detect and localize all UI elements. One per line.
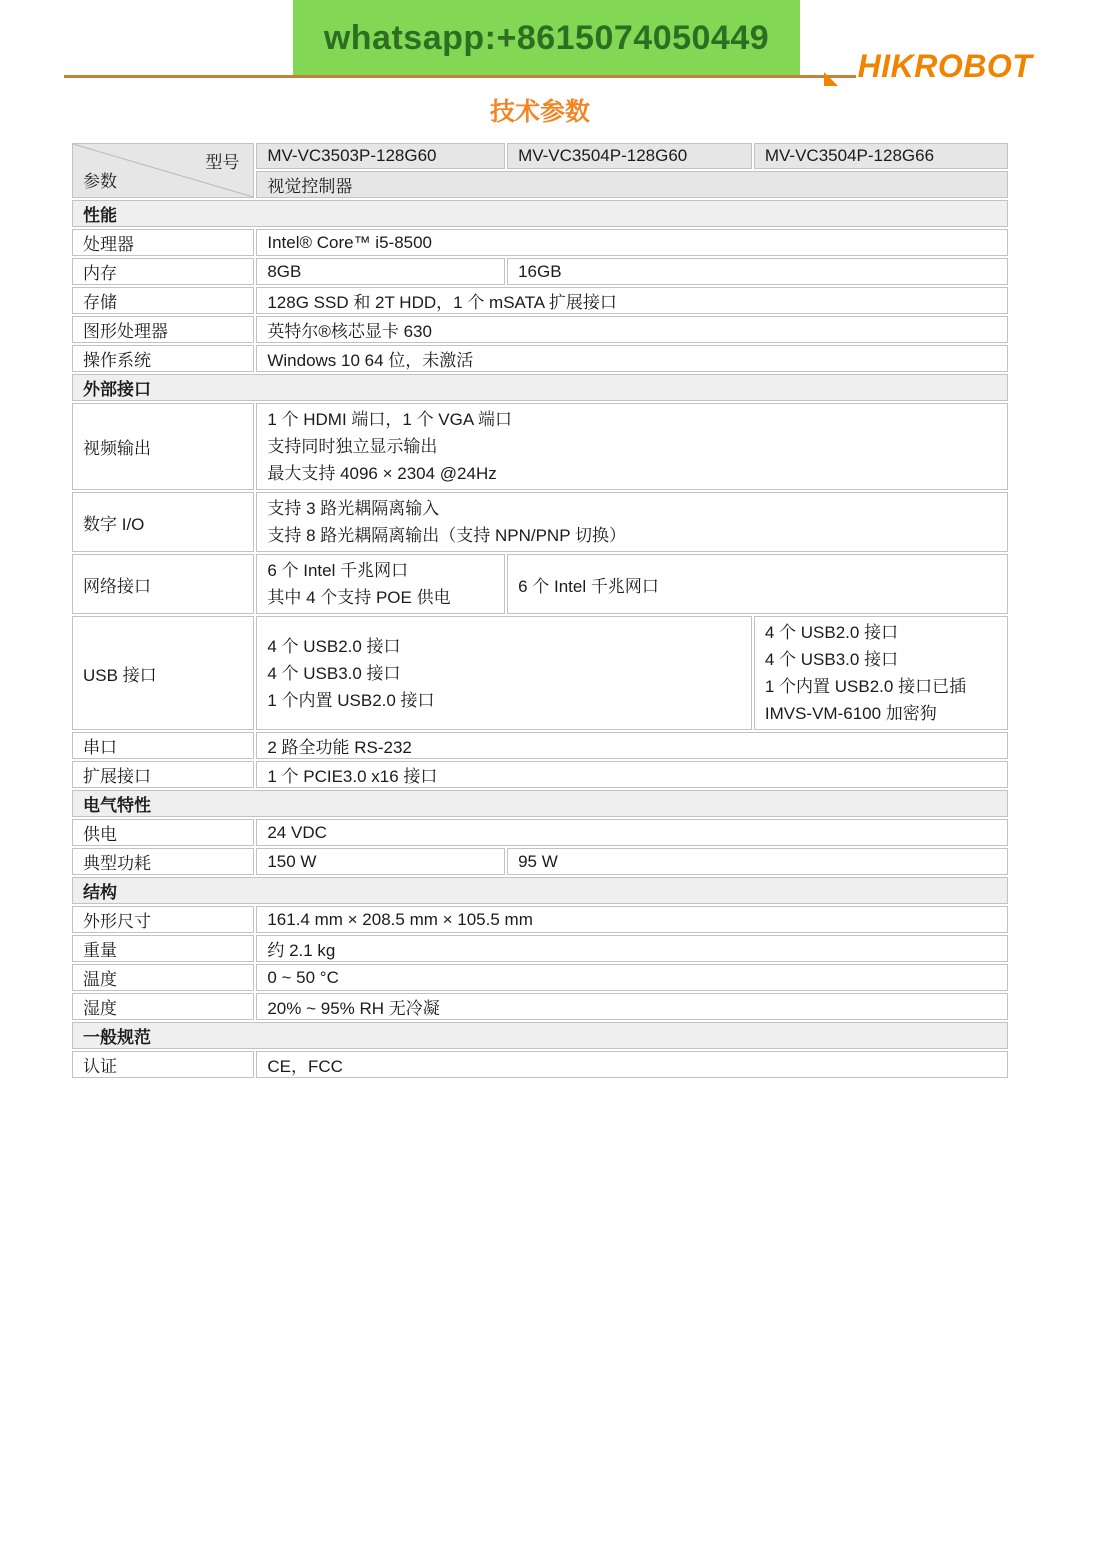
model-cell-1: MV-VC3503P-128G60	[256, 143, 505, 169]
model-header-row: 型号 参数 MV-VC3503P-128G60 MV-VC3504P-128G6…	[72, 143, 1008, 169]
whatsapp-banner: whatsapp:+8615074050449	[293, 0, 800, 77]
row-value: 16GB	[507, 258, 1008, 285]
row-os: 操作系统 Windows 10 64 位，未激活	[72, 345, 1008, 372]
row-value: 4 个 USB2.0 接口 4 个 USB3.0 接口 1 个内置 USB2.0…	[256, 616, 752, 730]
whatsapp-banner-text: whatsapp:+8615074050449	[324, 19, 769, 58]
row-label: 内存	[72, 258, 254, 285]
page-title: 技术参数	[72, 92, 1008, 128]
row-label: USB 接口	[72, 616, 254, 730]
row-expansion: 扩展接口 1 个 PCIE3.0 x16 接口	[72, 761, 1008, 788]
row-value: 161.4 mm × 208.5 mm × 105.5 mm	[256, 906, 1008, 933]
row-label: 湿度	[72, 993, 254, 1020]
section-electrical: 电气特性	[72, 790, 1008, 817]
row-label: 串口	[72, 732, 254, 759]
model-cell-2: MV-VC3504P-128G60	[507, 143, 752, 169]
row-memory: 内存 8GB 16GB	[72, 258, 1008, 285]
corner-model-label: 型号	[205, 148, 239, 173]
row-cpu: 处理器 Intel® Core™ i5-8500	[72, 229, 1008, 256]
row-value: 95 W	[507, 848, 1008, 875]
row-label: 操作系统	[72, 345, 254, 372]
corner-cell: 型号 参数	[72, 143, 254, 198]
row-humidity: 湿度 20% ~ 95% RH 无冷凝	[72, 993, 1008, 1020]
row-value: 英特尔®核芯显卡 630	[256, 316, 1008, 343]
spec-table: 型号 参数 MV-VC3503P-128G60 MV-VC3504P-128G6…	[70, 141, 1010, 1080]
row-label: 认证	[72, 1051, 254, 1078]
row-value: 150 W	[256, 848, 505, 875]
row-value: CE，FCC	[256, 1051, 1008, 1078]
section-performance: 性能	[72, 200, 1008, 227]
row-value: Intel® Core™ i5-8500	[256, 229, 1008, 256]
row-value: 1 个 PCIE3.0 x16 接口	[256, 761, 1008, 788]
row-certification: 认证 CE，FCC	[72, 1051, 1008, 1078]
section-general: 一般规范	[72, 1022, 1008, 1049]
row-video-output: 视频输出 1 个 HDMI 端口，1 个 VGA 端口 支持同时独立显示输出 最…	[72, 403, 1008, 490]
row-value: Windows 10 64 位，未激活	[256, 345, 1008, 372]
row-label: 图形处理器	[72, 316, 254, 343]
row-dimensions: 外形尺寸 161.4 mm × 208.5 mm × 105.5 mm	[72, 906, 1008, 933]
corner-param-label: 参数	[83, 167, 117, 192]
row-usb: USB 接口 4 个 USB2.0 接口 4 个 USB3.0 接口 1 个内置…	[72, 616, 1008, 730]
section-structure: 结构	[72, 877, 1008, 904]
row-digital-io: 数字 I/O 支持 3 路光耦隔离输入 支持 8 路光耦隔离输出（支持 NPN/…	[72, 492, 1008, 552]
row-label: 温度	[72, 964, 254, 991]
section-interfaces: 外部接口	[72, 374, 1008, 401]
row-value: 约 2.1 kg	[256, 935, 1008, 962]
row-network: 网络接口 6 个 Intel 千兆网口 其中 4 个支持 POE 供电 6 个 …	[72, 554, 1008, 614]
hikrobot-logo: HIKROBOT	[845, 48, 1045, 85]
row-power: 供电 24 VDC	[72, 819, 1008, 846]
row-value: 1 个 HDMI 端口，1 个 VGA 端口 支持同时独立显示输出 最大支持 4…	[256, 403, 1008, 490]
row-value: 6 个 Intel 千兆网口 其中 4 个支持 POE 供电	[256, 554, 505, 614]
row-label: 典型功耗	[72, 848, 254, 875]
row-storage: 存储 128G SSD 和 2T HDD，1 个 mSATA 扩展接口	[72, 287, 1008, 314]
row-gpu: 图形处理器 英特尔®核芯显卡 630	[72, 316, 1008, 343]
row-label: 外形尺寸	[72, 906, 254, 933]
row-label: 重量	[72, 935, 254, 962]
row-label: 视频输出	[72, 403, 254, 490]
row-serial: 串口 2 路全功能 RS-232	[72, 732, 1008, 759]
row-label: 数字 I/O	[72, 492, 254, 552]
page: { "header": { "banner_text": "whatsapp:+…	[0, 0, 1102, 1559]
row-label: 网络接口	[72, 554, 254, 614]
row-label: 供电	[72, 819, 254, 846]
row-value: 6 个 Intel 千兆网口	[507, 554, 1008, 614]
row-value: 支持 3 路光耦隔离输入 支持 8 路光耦隔离输出（支持 NPN/PNP 切换）	[256, 492, 1008, 552]
hikrobot-logo-mark	[824, 72, 838, 86]
row-value: 8GB	[256, 258, 505, 285]
row-value: 24 VDC	[256, 819, 1008, 846]
row-consumption: 典型功耗 150 W 95 W	[72, 848, 1008, 875]
header-divider-line	[64, 75, 856, 78]
row-weight: 重量 约 2.1 kg	[72, 935, 1008, 962]
row-value: 4 个 USB2.0 接口 4 个 USB3.0 接口 1 个内置 USB2.0…	[754, 616, 1008, 730]
row-value: 20% ~ 95% RH 无冷凝	[256, 993, 1008, 1020]
row-temperature: 温度 0 ~ 50 °C	[72, 964, 1008, 991]
row-value: 0 ~ 50 °C	[256, 964, 1008, 991]
category-cell: 视觉控制器	[256, 171, 1008, 198]
row-value: 128G SSD 和 2T HDD，1 个 mSATA 扩展接口	[256, 287, 1008, 314]
row-value: 2 路全功能 RS-232	[256, 732, 1008, 759]
row-label: 扩展接口	[72, 761, 254, 788]
row-label: 处理器	[72, 229, 254, 256]
model-cell-3: MV-VC3504P-128G66	[754, 143, 1008, 169]
row-label: 存储	[72, 287, 254, 314]
